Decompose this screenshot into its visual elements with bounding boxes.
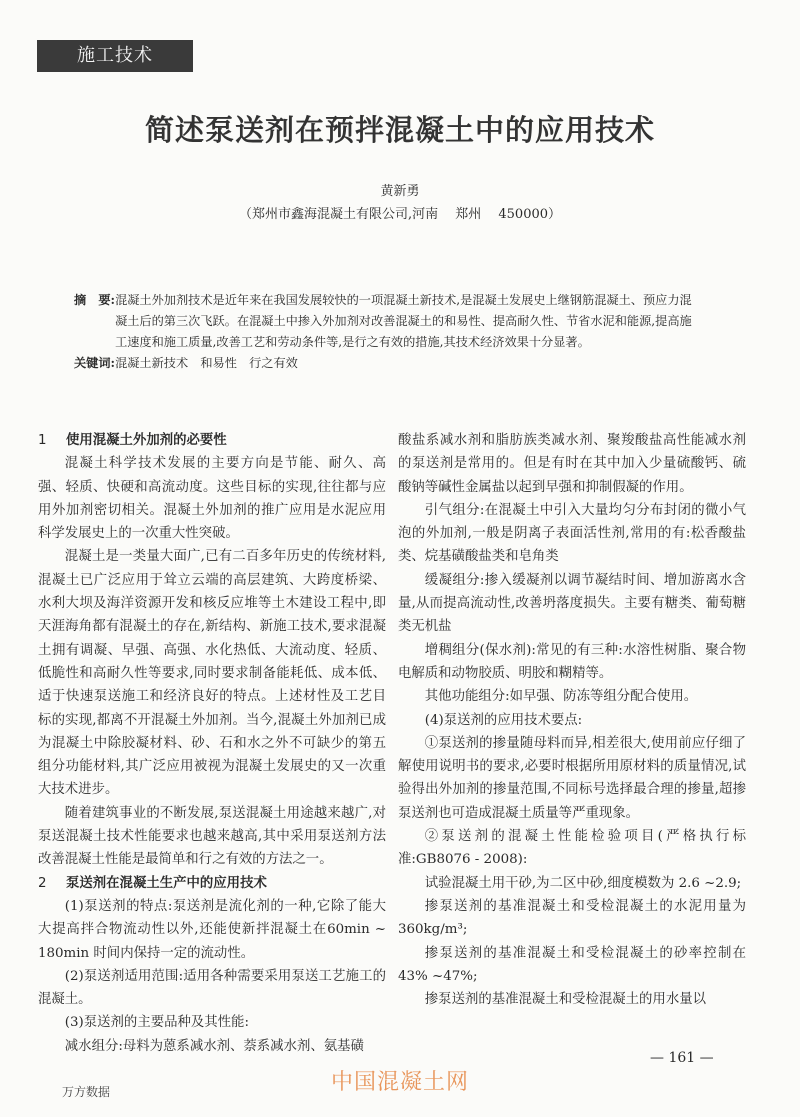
page-number: — 161 — <box>650 1050 714 1066</box>
paragraph: 试验混凝土用干砂,为二区中砂,细度模数为 2.6 ~2.9; <box>398 872 746 895</box>
paragraph: 掺泵送剂的基准混凝土和受检混凝土的用水量以 <box>398 988 746 1011</box>
watermark: 中国混凝土网 <box>0 1065 800 1096</box>
section-tag: 施工技术 <box>37 40 193 72</box>
section-number: 1 <box>38 429 66 452</box>
paragraph: 随着建筑事业的不断发展,泵送混凝土用途越来越广,对泵送混凝土技术性能要求也越来越… <box>38 802 386 872</box>
section-heading-1: 1使用混凝土外加剂的必要性 <box>38 429 386 452</box>
paragraph: (2)泵送剂适用范围:适用各种需要采用泵送工艺施工的混凝土。 <box>38 965 386 1012</box>
section-heading-2: 2泵送剂在混凝土生产中的应用技术 <box>38 872 386 895</box>
paragraph: 掺泵送剂的基准混凝土和受检混凝土的水泥用量为 360kg/m³; <box>398 895 746 942</box>
section-title: 泵送剂在混凝土生产中的应用技术 <box>66 876 267 891</box>
paragraph: 减水组分:母料为蒽系减水剂、萘系减水剂、氨基磺 <box>38 1035 386 1058</box>
abstract-text: 混凝土外加剂技术是近年来在我国发展较快的一项混凝土新技术,是混凝土发展史上继钢筋… <box>115 290 694 353</box>
author-name: 黄新勇 <box>0 180 800 199</box>
section-number: 2 <box>38 872 66 895</box>
left-column: 1使用混凝土外加剂的必要性 混凝土科学技术发展的主要方向是节能、耐久、高强、轻质… <box>38 429 386 1058</box>
paragraph: 增稠组分(保水剂):常见的有三种:水溶性树脂、聚合物电解质和动物胶质、明胶和糊精… <box>398 639 746 686</box>
keywords-label: 关键词: <box>74 353 115 374</box>
author-affiliation: （郑州市鑫海混凝土有限公司,河南 郑州 450000） <box>0 203 800 222</box>
right-column: 酸盐系减水剂和脂肪族类减水剂、聚羧酸盐高性能减水剂的泵送剂是常用的。但是有时在其… <box>398 429 746 1011</box>
keywords-row: 关键词: 混凝土新技术 和易性 行之有效 <box>74 353 694 374</box>
paragraph: 混凝土是一类量大面广,已有二百多年历史的传统材料,混凝土已广泛应用于耸立云端的高… <box>38 545 386 801</box>
paragraph: 缓凝组分:掺入缓凝剂以调节凝结时间、增加游离水含量,从而提高流动性,改善坍落度损… <box>398 569 746 639</box>
paragraph: 其他功能组分:如早强、防冻等组分配合使用。 <box>398 685 746 708</box>
section-title: 使用混凝土外加剂的必要性 <box>66 433 227 448</box>
source-label: 万方数据 <box>62 1083 110 1100</box>
paragraph: 引气组分:在混凝土中引入大量均匀分布封闭的微小气泡的外加剂,一般是阴离子表面活性… <box>398 499 746 569</box>
paragraph: ②泵送剂的混凝土性能检验项目(严格执行标准:GB8076 - 2008): <box>398 825 746 872</box>
paragraph: (4)泵送剂的应用技术要点: <box>398 709 746 732</box>
abstract-block: 摘 要: 混凝土外加剂技术是近年来在我国发展较快的一项混凝土新技术,是混凝土发展… <box>74 290 694 374</box>
paragraph: (3)泵送剂的主要品种及其性能: <box>38 1011 386 1034</box>
paragraph: 混凝土科学技术发展的主要方向是节能、耐久、高强、轻质、快硬和高流动度。这些目标的… <box>38 452 386 545</box>
article-title: 简述泵送剂在预拌混凝土中的应用技术 <box>0 108 780 149</box>
paragraph: 掺泵送剂的基准混凝土和受检混凝土的砂率控制在 43% ~47%; <box>398 942 746 989</box>
paragraph: (1)泵送剂的特点:泵送剂是流化剂的一种,它除了能大大提高拌合物流动性以外,还能… <box>38 895 386 965</box>
keywords-text: 混凝土新技术 和易性 行之有效 <box>115 353 694 374</box>
paragraph: 酸盐系减水剂和脂肪族类减水剂、聚羧酸盐高性能减水剂的泵送剂是常用的。但是有时在其… <box>398 429 746 499</box>
paragraph: ①泵送剂的掺量随母料而异,相差很大,使用前应仔细了解使用说明书的要求,必要时根据… <box>398 732 746 825</box>
abstract-label: 摘 要: <box>74 290 115 353</box>
abstract-row: 摘 要: 混凝土外加剂技术是近年来在我国发展较快的一项混凝土新技术,是混凝土发展… <box>74 290 694 353</box>
